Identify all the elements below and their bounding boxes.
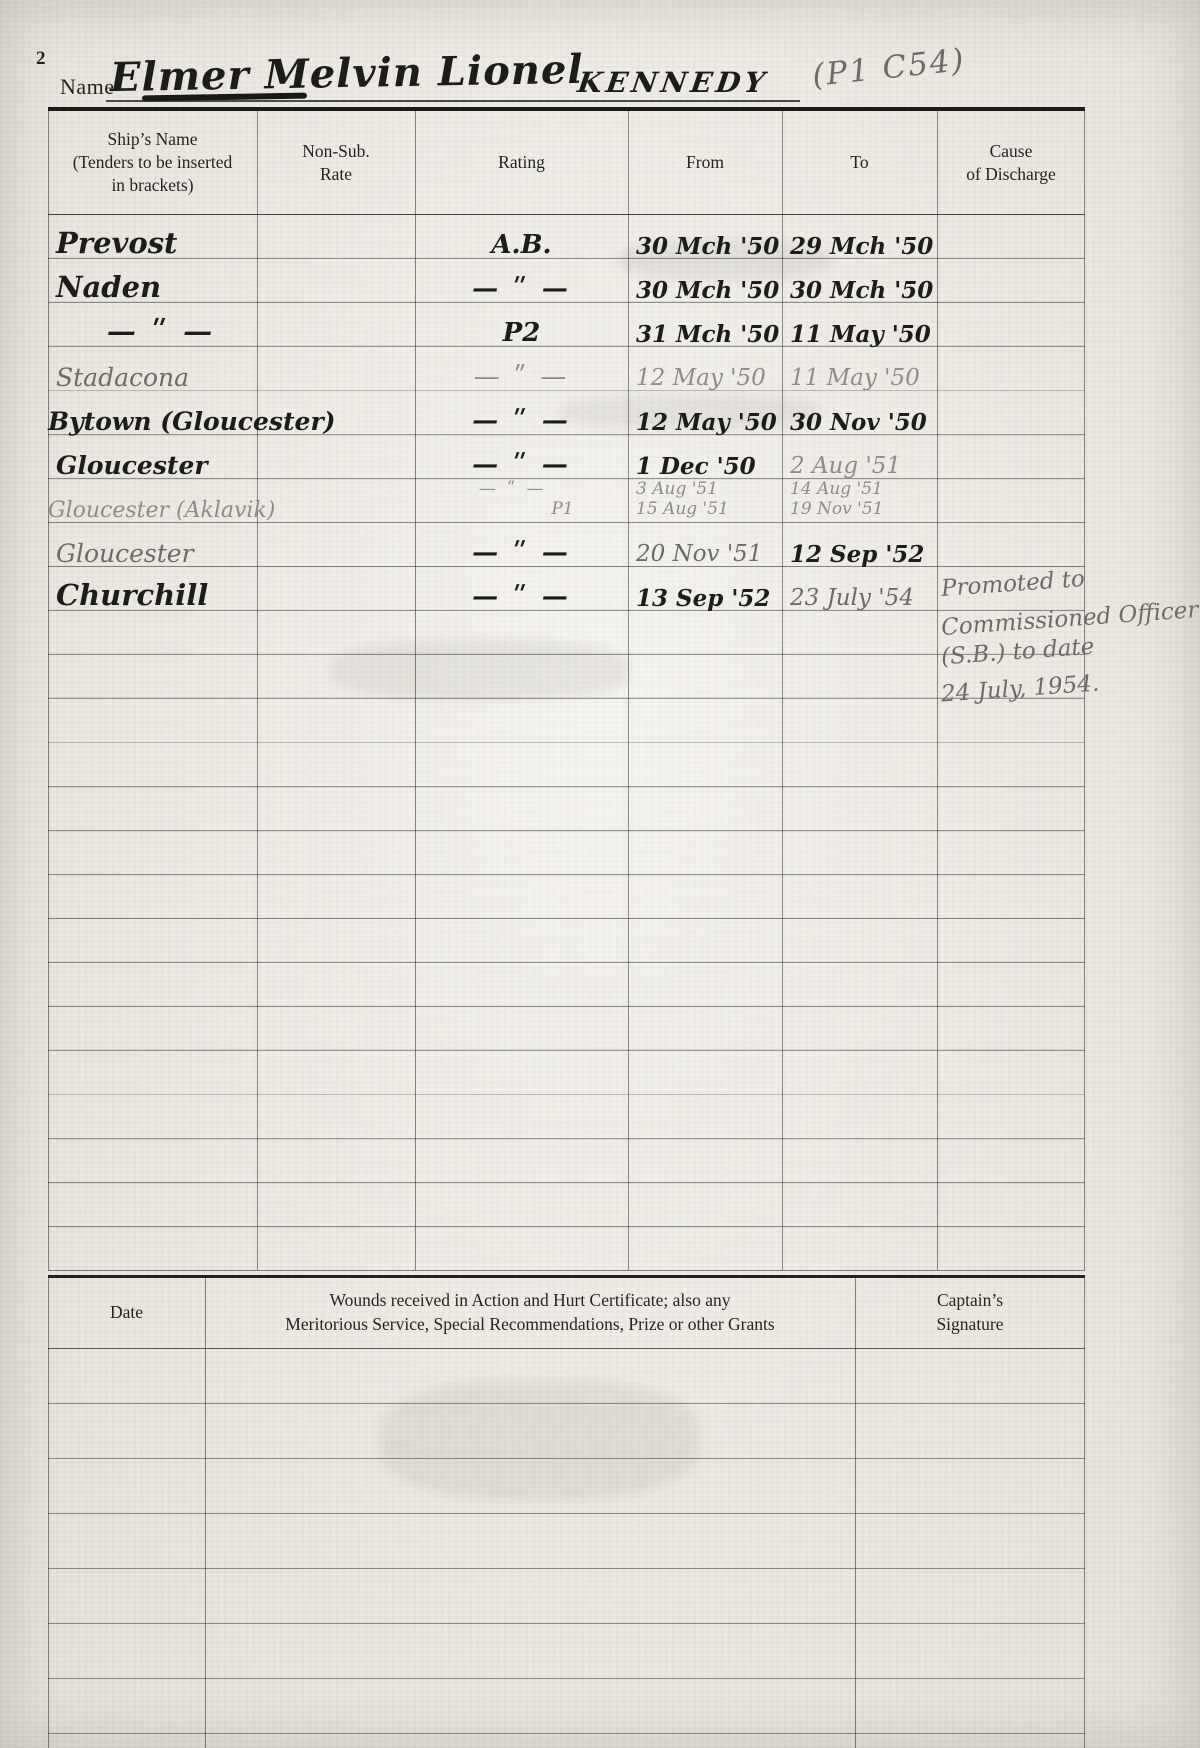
- rating-value: — ʺ —: [415, 566, 628, 612]
- date-from: 13 Sep '52: [636, 566, 782, 612]
- ship-name: Bytown (Gloucester): [48, 390, 278, 436]
- header-text: To: [850, 151, 868, 174]
- date-to: 23 July '54: [790, 566, 940, 612]
- date-to: 30 Mch '50: [790, 258, 940, 304]
- table-row: Gloucester — ʺ — 20 Nov '51 12 Sep '52: [48, 522, 1085, 566]
- table-row: — ʺ — P2 31 Mch '50 11 May '50: [48, 302, 1085, 346]
- rating-value: — ʺ —: [415, 522, 628, 568]
- date-to: 11 May '50: [790, 302, 940, 348]
- header-from: From: [628, 111, 782, 214]
- handwritten-given-names: Elmer Melvin Lionel: [110, 46, 584, 101]
- notes-table: Date Wounds received in Action and Hurt …: [48, 1275, 1085, 1748]
- rating-value: A.B.: [415, 214, 628, 260]
- scanned-service-record-page: 2 Name Elmer Melvin Lionel KENNEDY (P1 C…: [0, 0, 1200, 1748]
- header-text: Rating: [498, 151, 545, 174]
- table-row: Gloucester (Aklavik) — ʺ — P1 3 Aug '51 …: [48, 478, 1085, 522]
- header-wounds: Wounds received in Action and Hurt Certi…: [205, 1278, 855, 1348]
- header-captains-signature: Captain’s Signature: [855, 1278, 1085, 1348]
- rating-value: — ʺ —: [415, 258, 628, 304]
- table-row: Bytown (Gloucester) — ʺ — 12 May '50 30 …: [48, 390, 1085, 434]
- page-number: 2: [36, 48, 46, 70]
- header-cause-of-discharge: Cause of Discharge: [937, 111, 1085, 214]
- date-from: 3 Aug '51 15 Aug '51: [636, 478, 782, 524]
- header-text: Ship’s Name: [108, 128, 198, 151]
- ship-name: Stadacona: [56, 346, 266, 392]
- date-to: 14 Aug '51 19 Nov '51: [790, 478, 940, 524]
- date-to: 2 Aug '51: [790, 434, 940, 480]
- date-to: 29 Mch '50: [790, 214, 940, 260]
- rating-value: — ʺ —: [415, 390, 628, 436]
- date-from: 20 Nov '51: [636, 522, 782, 568]
- date-to-line1: 14 Aug '51: [790, 481, 883, 498]
- header-text: Non-Sub.: [302, 140, 370, 163]
- handwritten-surname: KENNEDY: [576, 66, 771, 99]
- date-from-line1: 3 Aug '51: [636, 481, 718, 498]
- table-row: Naden — ʺ — 30 Mch '50 30 Mch '50: [48, 258, 1085, 302]
- header-text: in brackets): [111, 174, 193, 197]
- table-grid-lines: [48, 1348, 1085, 1748]
- ship-name: Gloucester: [56, 434, 266, 480]
- date-from: 31 Mch '50: [636, 302, 782, 348]
- table-row: Churchill — ʺ — 13 Sep '52 23 July '54: [48, 566, 1085, 610]
- header-text: Meritorious Service, Special Recommendat…: [285, 1313, 774, 1337]
- header-rating: Rating: [415, 111, 628, 214]
- ship-name: — ʺ —: [56, 302, 266, 348]
- pencil-annotation: (P1 C54): [811, 42, 968, 94]
- table-row: Stadacona — ʺ — 12 May '50 11 May '50: [48, 346, 1085, 390]
- ship-name: Gloucester (Aklavik): [48, 478, 288, 524]
- name-label: Name: [60, 74, 115, 100]
- header-non-sub-rate: Non-Sub. Rate: [257, 111, 415, 214]
- name-underline: [106, 100, 800, 102]
- table-row: Prevost A.B. 30 Mch '50 29 Mch '50: [48, 214, 1085, 258]
- rating-value: P2: [415, 302, 628, 348]
- header-text: Rate: [320, 163, 352, 186]
- header-text: Cause: [990, 140, 1033, 163]
- header-text: Signature: [936, 1313, 1003, 1337]
- header-text: (Tenders to be inserted: [73, 151, 233, 174]
- service-record-table: Ship’s Name (Tenders to be inserted in b…: [48, 107, 1085, 1270]
- date-from: 30 Mch '50: [636, 258, 782, 304]
- header-text: Date: [110, 1301, 143, 1325]
- header-date: Date: [48, 1278, 205, 1348]
- header-text: of Discharge: [966, 163, 1056, 186]
- date-from: 12 May '50: [636, 346, 782, 392]
- ship-name: Prevost: [56, 214, 266, 260]
- ship-name: Gloucester: [56, 522, 266, 568]
- header-text: Captain’s: [937, 1289, 1003, 1313]
- date-from: 12 May '50: [636, 390, 782, 436]
- rating-p1: P1: [551, 501, 573, 518]
- rating-ditto: — ʺ —: [479, 481, 547, 498]
- date-to: 12 Sep '52: [790, 522, 940, 568]
- header-text: From: [686, 151, 724, 174]
- rating-value: — ʺ —: [415, 434, 628, 480]
- rating-value: — ʺ — P1: [415, 478, 628, 524]
- date-to-line2: 19 Nov '51: [790, 501, 883, 518]
- header-to: To: [782, 111, 937, 214]
- date-from-line2: 15 Aug '51: [636, 501, 729, 518]
- date-from: 30 Mch '50: [636, 214, 782, 260]
- rating-value: — ʺ —: [415, 346, 628, 392]
- date-from: 1 Dec '50: [636, 434, 782, 480]
- header-ships-name: Ship’s Name (Tenders to be inserted in b…: [48, 111, 257, 214]
- date-to: 11 May '50: [790, 346, 940, 392]
- date-to: 30 Nov '50: [790, 390, 940, 436]
- header-text: Wounds received in Action and Hurt Certi…: [330, 1289, 731, 1313]
- table-row: Gloucester — ʺ — 1 Dec '50 2 Aug '51: [48, 434, 1085, 478]
- ship-name: Naden: [56, 258, 266, 304]
- ship-name: Churchill: [56, 566, 266, 612]
